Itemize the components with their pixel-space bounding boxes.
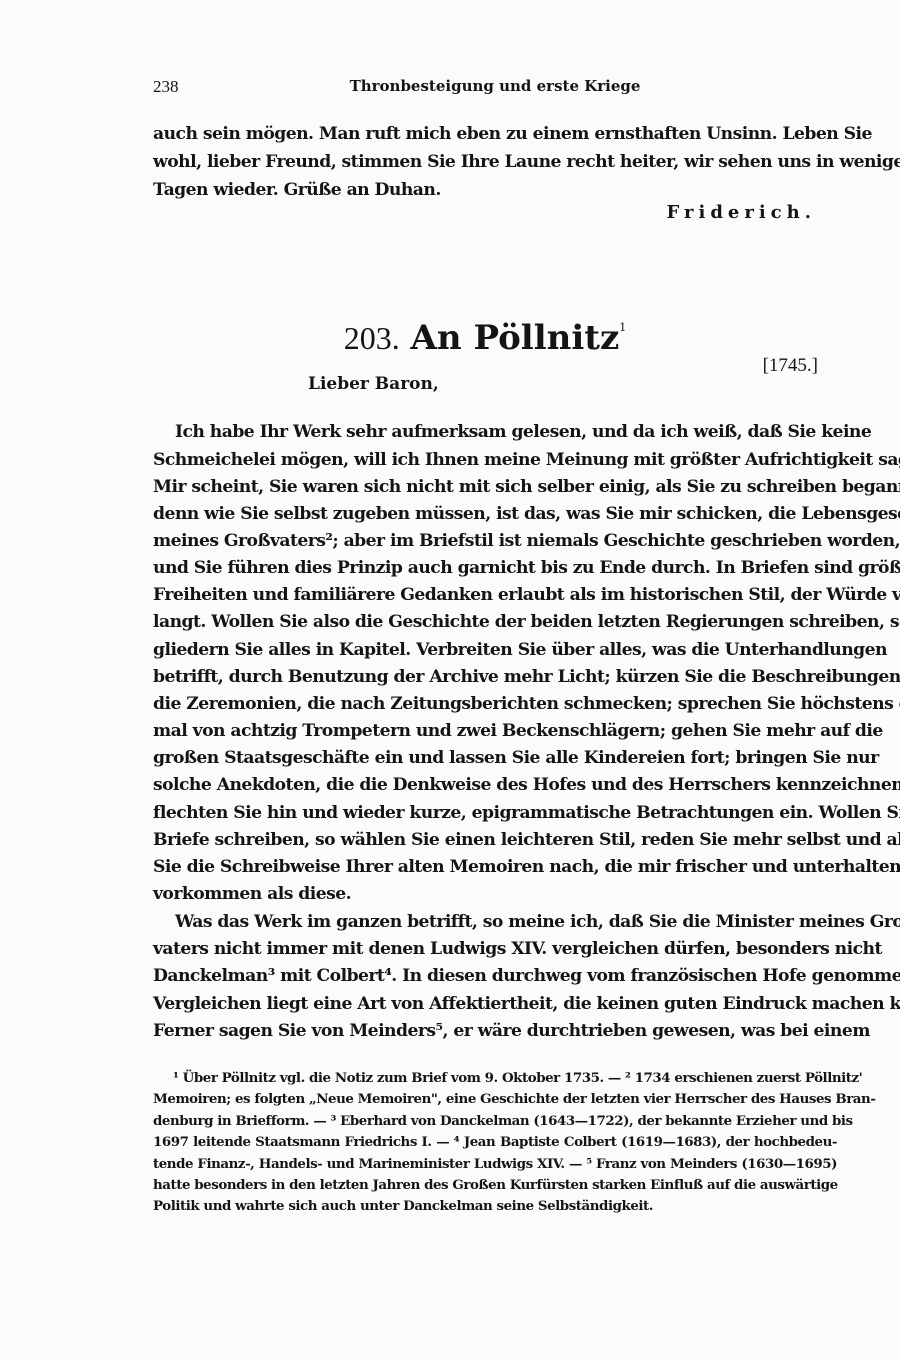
footnote-ref: 1 [619,321,626,334]
signature: Friderich. [667,202,816,223]
text-line: Briefe schreiben, so wählen Sie einen le… [153,830,837,850]
text-line: Mir scheint, Sie waren sich nicht mit si… [153,477,837,497]
text-line: Was das Werk im ganzen betrifft, so mein… [153,912,837,932]
footnote-line: Politik und wahrte sich auch unter Danck… [153,1198,837,1214]
text-line: vaters nicht immer mit denen Ludwigs XIV… [153,939,837,959]
text-line: Ich habe Ihr Werk sehr aufmerksam gelese… [153,422,837,442]
letter-heading: 203. An Pöllnitz1 [0,318,900,358]
text-line: auch sein mögen. Man ruft mich eben zu e… [153,124,837,144]
text-line: großen Staatsgeschäfte ein und lassen Si… [153,748,837,768]
text-line: flechten Sie hin und wieder kurze, epigr… [153,803,837,823]
footnote-line: 1697 leitende Staatsmann Friedrichs I. —… [153,1134,837,1150]
letter-date: [1745.] [763,355,818,377]
text-line: Vergleichen liegt eine Art von Affektier… [153,994,837,1014]
letter-number: 203. [344,320,400,356]
running-title: Thronbesteigung und erste Kriege [0,77,900,95]
text-line: wohl, lieber Freund, stimmen Sie Ihre La… [153,152,837,172]
salutation: Lieber Baron, [308,374,439,394]
footnote-line: ¹ Über Pöllnitz vgl. die Notiz zum Brief… [153,1070,837,1086]
text-line: meines Großvaters²; aber im Briefstil is… [153,531,837,551]
text-line: Freiheiten und familiärere Gedanken erla… [153,585,837,605]
text-line: vorkommen als diese. [153,884,837,904]
text-line: Ferner sagen Sie von Meinders⁵, er wäre … [153,1021,837,1041]
footnote-line: denburg in Briefform. — ³ Eberhard von D… [153,1113,837,1129]
text-line: und Sie führen dies Prinzip auch garnich… [153,558,837,578]
text-line: denn wie Sie selbst zugeben müssen, ist … [153,504,837,524]
text-line: Schmeichelei mögen, will ich Ihnen meine… [153,450,837,470]
text-line: gliedern Sie alles in Kapitel. Verbreite… [153,640,837,660]
text-line: Tagen wieder. Grüße an Duhan. [153,180,837,200]
text-line: mal von achtzig Trompetern und zwei Beck… [153,721,837,741]
text-line: Danckelman³ mit Colbert⁴. In diesen durc… [153,966,837,986]
footnote-line: Memoiren; es folgten „Neue Memoiren", ei… [153,1091,837,1107]
letter-title: An Pöllnitz [411,318,620,358]
text-line: langt. Wollen Sie also die Geschichte de… [153,612,837,632]
text-line: die Zeremonien, die nach Zeitungsbericht… [153,694,837,714]
text-line: betrifft, durch Benutzung der Archive me… [153,667,837,687]
footnote-line: tende Finanz-, Handels- und Marineminist… [153,1156,837,1172]
text-line: solche Anekdoten, die die Denkweise des … [153,775,837,795]
footnote-line: hatte besonders in den letzten Jahren de… [153,1177,837,1193]
text-line: Sie die Schreibweise Ihrer alten Memoire… [153,857,837,877]
